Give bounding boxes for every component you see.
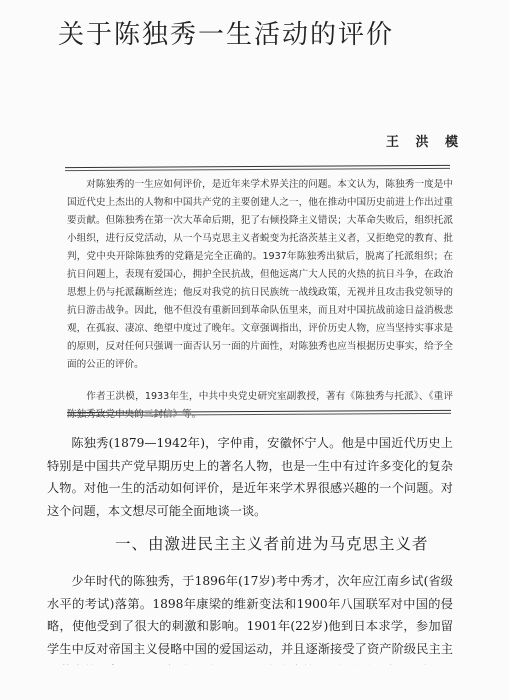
intro-section: 陈独秀(1879—1942年)，字仲甫，安徽怀宁人。他是中国近代历史上特别是中国…: [47, 432, 453, 522]
intro-paragraph: 陈独秀(1879—1942年)，字仲甫，安徽怀宁人。他是中国近代历史上特别是中国…: [47, 432, 453, 522]
abstract-box: 对陈独秀的一生应如何评价，是近年来学术界关注的问题。本文认为，陈独秀一度是中国近…: [67, 176, 453, 424]
section-heading: 一、由激进民主主义者前进为马克思主义者: [115, 532, 429, 554]
abstract-summary: 对陈独秀的一生应如何评价，是近年来学术界关注的问题。本文认为，陈独秀一度是中国近…: [67, 176, 453, 374]
author-bio: 作者王洪模，1933年生，中共中央党史研究室副教授，著有《陈独秀与托派》、《重评…: [67, 388, 453, 424]
author-name: 王 洪 模: [386, 131, 464, 150]
page-bottom-margin: [0, 665, 509, 700]
abstract-top-divider: [65, 165, 450, 171]
article-title: 关于陈独秀一生活动的评价: [58, 14, 394, 51]
